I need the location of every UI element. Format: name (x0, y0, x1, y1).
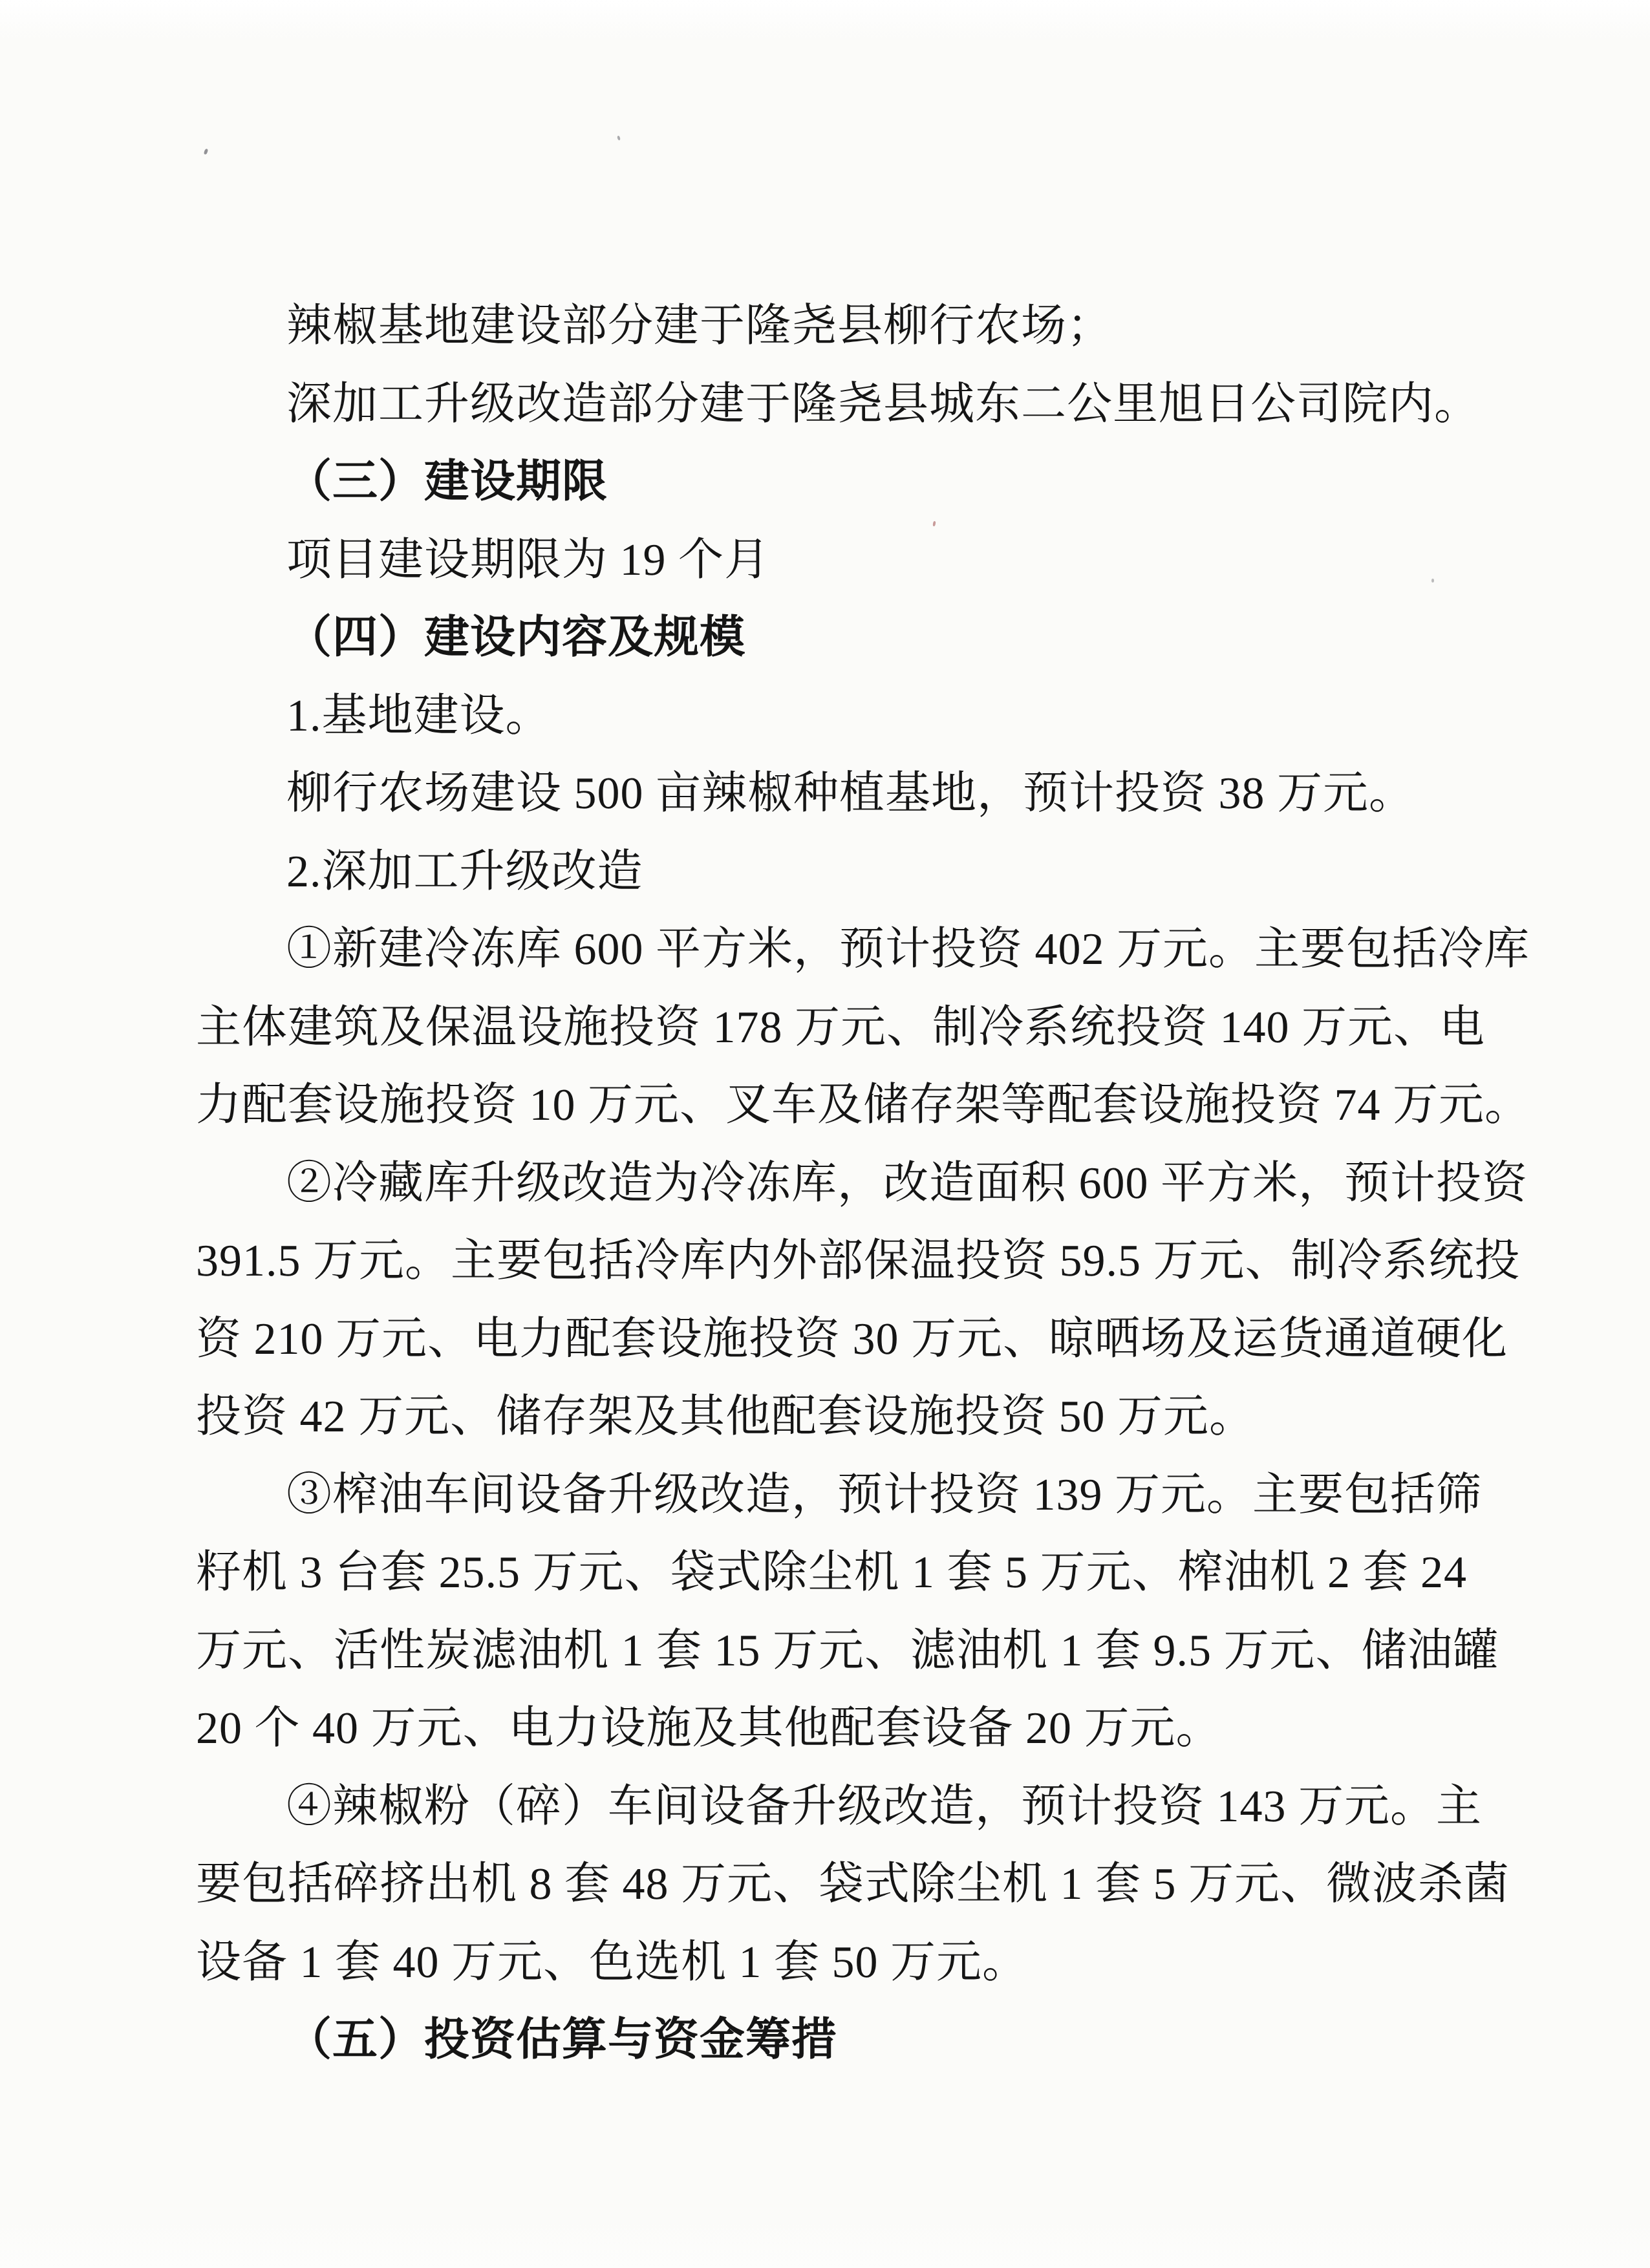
text-line: 万元、活性炭滤油机 1 套 15 万元、滤油机 1 套 9.5 万元、储油罐 (196, 1612, 1560, 1691)
text-line: ①新建冷冻库 600 平方米，预计投资 402 万元。主要包括冷库 (196, 911, 1560, 989)
scan-speck (204, 148, 209, 155)
text-line: ④辣椒粉（碎）车间设备升级改造，预计投资 143 万元。主 (196, 1768, 1560, 1846)
section-heading: （三）建设期限 (196, 444, 1560, 522)
page-content: 辣椒基地建设部分建于隆尧县柳行农场；深加工升级改造部分建于隆尧县城东二公里旭日公… (196, 288, 1560, 2080)
text-line: 391.5 万元。主要包括冷库内外部保温投资 59.5 万元、制冷系统投 (196, 1223, 1560, 1301)
text-line: 主体建筑及保温设施投资 178 万元、制冷系统投资 140 万元、电 (196, 989, 1560, 1067)
text-line: ③榨油车间设备升级改造，预计投资 139 万元。主要包括筛 (196, 1457, 1560, 1535)
text-line: 柳行农场建设 500 亩辣椒种植基地，预计投资 38 万元。 (196, 755, 1560, 833)
text-line: ②冷藏库升级改造为冷冻库，改造面积 600 平方米，预计投资 (196, 1145, 1560, 1223)
scan-speck (617, 136, 621, 141)
text-line: 资 210 万元、电力配套设施投资 30 万元、晾晒场及运货通道硬化 (196, 1301, 1560, 1379)
text-line: 深加工升级改造部分建于隆尧县城东二公里旭日公司院内。 (196, 366, 1560, 444)
text-line: 辣椒基地建设部分建于隆尧县柳行农场； (196, 288, 1560, 366)
document-page: 辣椒基地建设部分建于隆尧县柳行农场；深加工升级改造部分建于隆尧县城东二公里旭日公… (0, 0, 1650, 2268)
text-line: 项目建设期限为 19 个月 (196, 522, 1560, 600)
text-line: 力配套设施投资 10 万元、叉车及储存架等配套设施投资 74 万元。 (196, 1067, 1560, 1145)
text-line: 籽机 3 台套 25.5 万元、袋式除尘机 1 套 5 万元、榨油机 2 套 2… (196, 1534, 1560, 1612)
section-heading: （五）投资估算与资金筹措 (196, 2002, 1560, 2080)
text-line: 2.深加工升级改造 (196, 833, 1560, 912)
text-line: 20 个 40 万元、电力设施及其他配套设备 20 万元。 (196, 1690, 1560, 1768)
text-line: 要包括碎挤出机 8 套 48 万元、袋式除尘机 1 套 5 万元、微波杀菌 (196, 1846, 1560, 1924)
section-heading: （四）建设内容及规模 (196, 599, 1560, 678)
text-line: 投资 42 万元、储存架及其他配套设施投资 50 万元。 (196, 1378, 1560, 1457)
text-line: 1.基地建设。 (196, 678, 1560, 756)
text-line: 设备 1 套 40 万元、色选机 1 套 50 万元。 (196, 1924, 1560, 2002)
